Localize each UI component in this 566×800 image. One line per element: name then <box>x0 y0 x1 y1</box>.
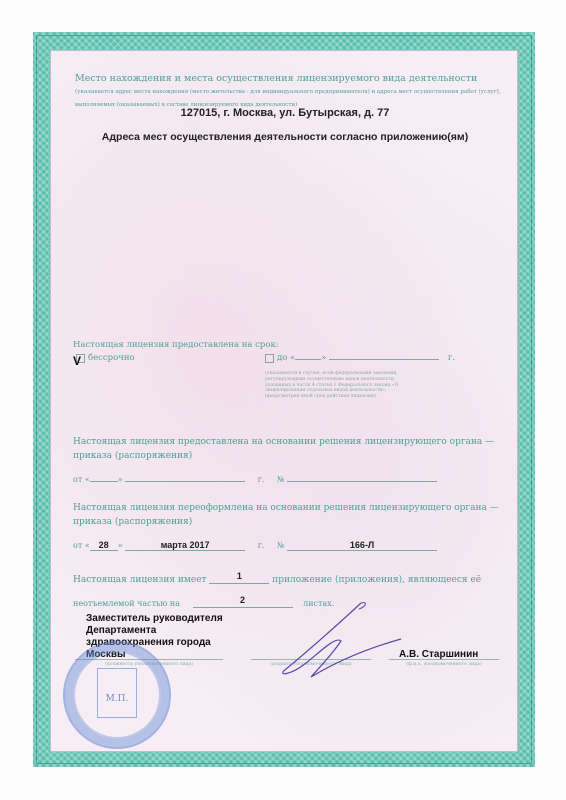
until-month-field[interactable] <box>329 359 439 360</box>
until-checkbox[interactable] <box>265 354 274 363</box>
granted-year: г. <box>258 475 265 484</box>
addresses-note: Адреса мест осуществления деятельности с… <box>51 131 519 143</box>
granted-day-field[interactable] <box>90 481 118 482</box>
moscow-coat-of-arms-icon: М.П. <box>97 668 137 718</box>
license-address: 127015, г. Москва, ул. Бутырская, д. 77 <box>51 107 519 119</box>
perpetual-label: бессрочно <box>88 353 135 363</box>
stamp-mp-text: М.П. <box>106 694 129 704</box>
check-mark-icon: V <box>73 354 81 368</box>
position-line: Заместитель руководителя <box>86 613 223 625</box>
reissued-month-field[interactable]: марта 2017 <box>125 540 245 551</box>
granted-order-row: от «» г. № <box>73 475 503 484</box>
appendix-text-b: приложение (приложения), являющееся её <box>272 575 481 585</box>
appendix-row-1: Настоящая лицензия имеет 1 приложение (п… <box>73 569 513 587</box>
appendix-count-field[interactable]: 1 <box>209 569 269 584</box>
license-page: Место нахождения и места осуществления л… <box>50 50 518 752</box>
granted-quote: » <box>118 475 123 484</box>
reissued-number-field[interactable]: 166-Л <box>287 540 437 551</box>
until-prefix: до « <box>277 353 295 363</box>
granted-text: Настоящая лицензия предоставлена на осно… <box>73 435 503 463</box>
until-date-row: до «» г. <box>277 353 455 363</box>
location-note: (указывается адрес места нахождения (мес… <box>75 89 501 108</box>
appendix-text-a: Настоящая лицензия имеет <box>73 575 207 585</box>
reissued-year: г. <box>258 541 265 550</box>
handwritten-signature <box>261 601 411 681</box>
location-heading: Место нахождения и места осуществления л… <box>75 73 505 111</box>
official-stamp: М.П. <box>63 641 171 749</box>
reissued-text: Настоящая лицензия переоформлена на осно… <box>73 501 503 529</box>
appendix-text-c: неотъемлемой частью на <box>73 599 180 608</box>
reissued-order-row: от «28» марта 2017 г. № 166-Л <box>73 540 503 551</box>
granted-from: от « <box>73 475 90 484</box>
term-fine-print: (указывается в случае, если федеральными… <box>265 371 405 400</box>
position-line: Департамента <box>86 625 223 637</box>
granted-number-sign: № <box>277 475 285 484</box>
reissued-quote: » <box>118 541 123 550</box>
reissued-from: от « <box>73 541 90 550</box>
granted-number-field[interactable] <box>287 481 437 482</box>
location-heading-text: Место нахождения и места осуществления л… <box>75 73 477 84</box>
term-label: Настоящая лицензия предоставлена на срок… <box>73 340 279 350</box>
until-suffix: г. <box>448 353 455 363</box>
until-mid: » <box>321 353 326 363</box>
until-day-field[interactable] <box>295 359 321 360</box>
granted-month-field[interactable] <box>125 481 245 482</box>
reissued-day-field[interactable]: 28 <box>90 540 118 551</box>
reissued-number-sign: № <box>277 541 285 550</box>
